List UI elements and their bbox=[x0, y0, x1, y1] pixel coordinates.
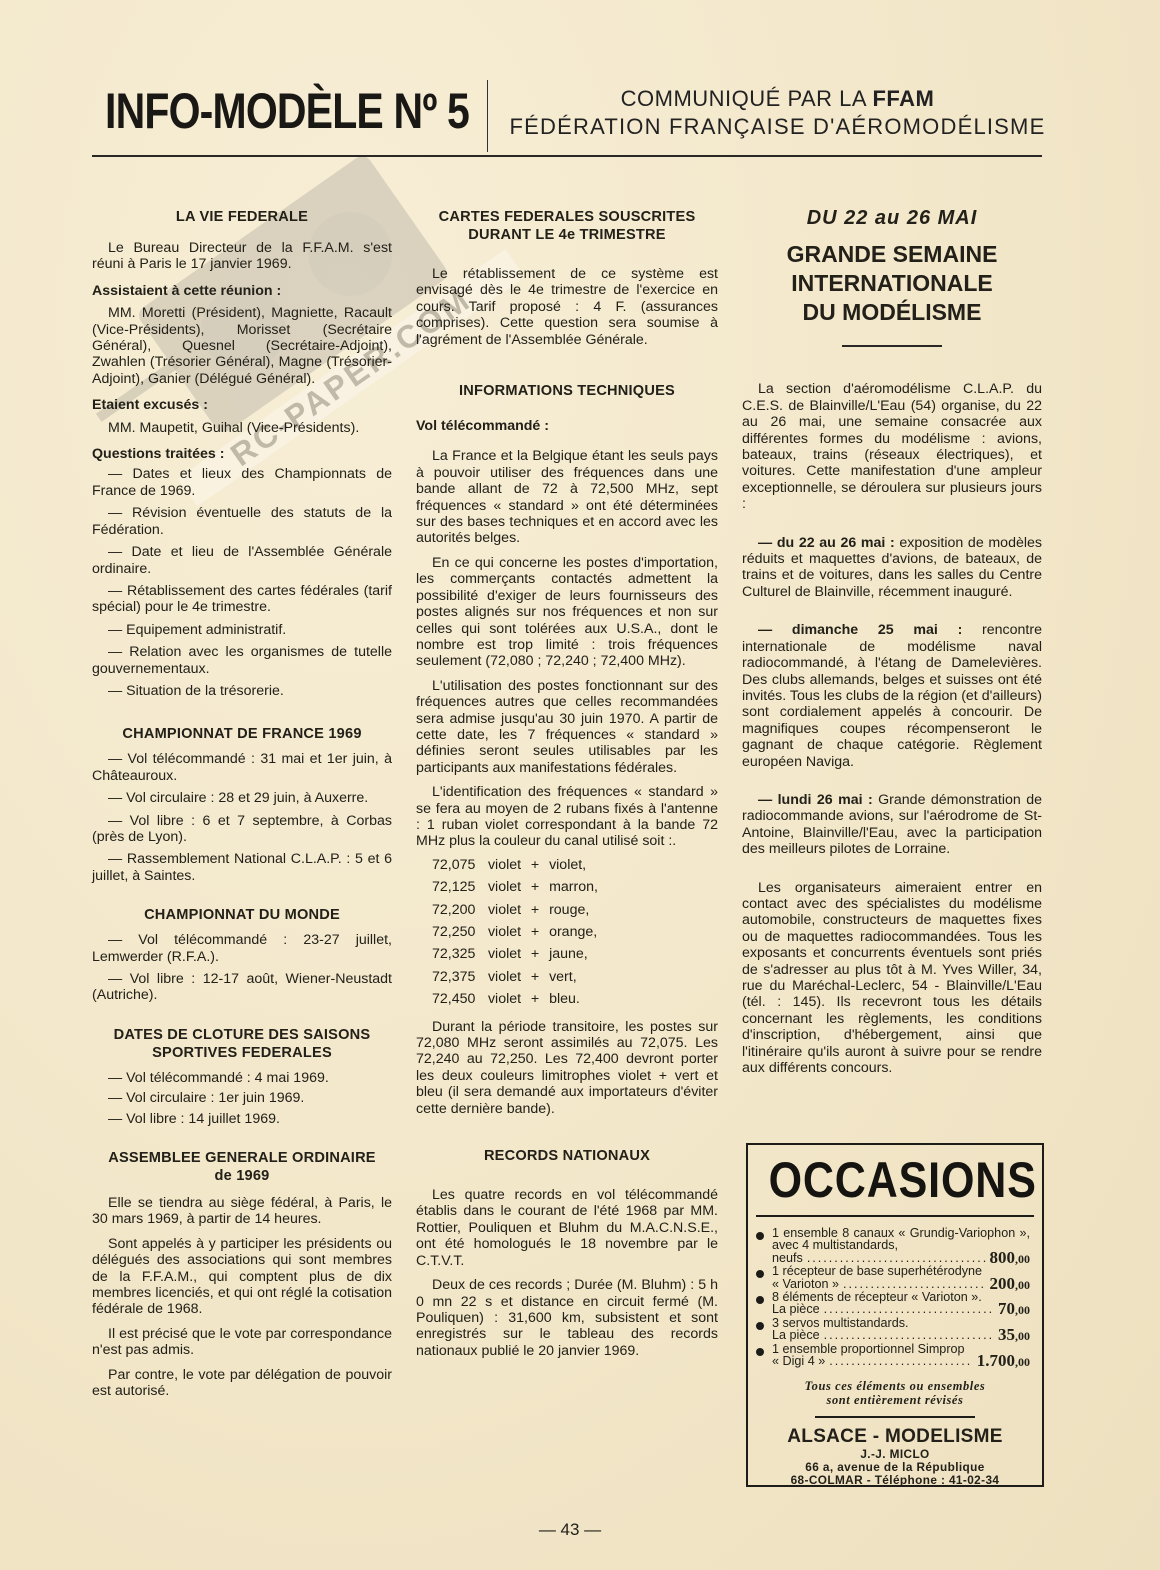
publisher-block: COMMUNIQUÉ PAR LA FFAM FÉDÉRATION FRANÇA… bbox=[500, 86, 1055, 140]
ad-item: 1 récepteur de base superhétérodyne« Var… bbox=[756, 1265, 1030, 1291]
infos-techniques-paragraph: L'utilisation des postes fonctionnant su… bbox=[416, 678, 718, 776]
header-divider bbox=[487, 80, 488, 152]
question-item: — Révision éventuelle des statuts de la … bbox=[92, 505, 392, 538]
section-heading-championnat-monde: CHAMPIONNAT DU MONDE bbox=[92, 906, 392, 924]
page-number: — 43 — bbox=[500, 1520, 640, 1540]
event-item: — du 22 au 26 mai : exposition de modèle… bbox=[742, 535, 1042, 601]
channel-color: vert, bbox=[549, 969, 577, 985]
leader-dots: ........................................… bbox=[829, 1355, 973, 1368]
note-line: sont entièrement révisés bbox=[748, 1394, 1042, 1408]
bullet-icon bbox=[756, 1296, 764, 1304]
records-paragraph: Les quatre records en vol télécommandé é… bbox=[416, 1187, 718, 1269]
dates-cloture-item: — Vol télécommandé : 4 mai 1969. bbox=[92, 1070, 392, 1086]
event-date: — lundi 26 mai : bbox=[758, 792, 873, 808]
championnat-france-list: — Vol télécommandé : 31 mai et 1er juin,… bbox=[92, 751, 392, 884]
plus-sign: + bbox=[521, 943, 549, 965]
header-rule bbox=[92, 155, 1042, 157]
section-heading-assemblee: ASSEMBLEE GENERALE ORDINAIRE de 1969 bbox=[92, 1149, 392, 1185]
leader-dots: ........................................… bbox=[824, 1329, 994, 1342]
base-color: violet bbox=[484, 969, 521, 985]
plus-sign: + bbox=[521, 854, 549, 876]
championnat-france-item: — Vol libre : 6 et 7 septembre, à Corbas… bbox=[92, 813, 392, 846]
event-dates: DU 22 au 26 MAI bbox=[742, 210, 1042, 226]
bullet-icon bbox=[756, 1270, 764, 1278]
frequency-value: 72,200 bbox=[432, 899, 484, 921]
ad-item-price: 200,00 bbox=[990, 1278, 1031, 1291]
event-date: — dimanche 25 mai : bbox=[758, 622, 962, 638]
assistaient-label: Assistaient à cette réunion : bbox=[92, 283, 392, 299]
ad-item-price: 800,00 bbox=[990, 1252, 1031, 1265]
ad-item-price: 35,00 bbox=[998, 1329, 1030, 1342]
frequency-row: 72,250 violet+orange, bbox=[416, 921, 718, 943]
section-heading-vie-federale: LA VIE FEDERALE bbox=[92, 208, 392, 226]
base-color: violet bbox=[484, 902, 521, 918]
ad-item-list: 1 ensemble 8 canaux « Grundig-Variophon … bbox=[756, 1227, 1030, 1368]
assemblee-paragraphs: Elle se tiendra au siège fédéral, à Pari… bbox=[92, 1195, 392, 1399]
frequency-value: 72,125 bbox=[432, 876, 484, 898]
assemblee-paragraph: Elle se tiendra au siège fédéral, à Pari… bbox=[92, 1195, 392, 1228]
championnat-monde-item: — Vol télécommandé : 23-27 juillet, Lemw… bbox=[92, 932, 392, 965]
frequency-row: 72,325 violet+jaune, bbox=[416, 943, 718, 965]
dates-cloture-item: — Vol libre : 14 juillet 1969. bbox=[92, 1111, 392, 1127]
frequency-row: 72,200 violet+rouge, bbox=[416, 899, 718, 921]
event-item: — dimanche 25 mai : rencontre internatio… bbox=[742, 622, 1042, 770]
excuses-text: MM. Maupetit, Guihal (Vice-Présidents). bbox=[92, 420, 392, 436]
column-middle: CARTES FEDERALES SOUSCRITES DURANT LE 4e… bbox=[416, 208, 718, 1359]
publisher-name: FÉDÉRATION FRANÇAISE D'AÉROMODÉLISME bbox=[500, 114, 1055, 140]
section-heading-infos-techniques: INFORMATIONS TECHNIQUES bbox=[416, 382, 718, 400]
ad-item-price: 1.700,00 bbox=[977, 1355, 1030, 1368]
bullet-icon bbox=[756, 1348, 764, 1356]
shop-owner: J.-J. MICLO bbox=[748, 1448, 1042, 1461]
heading-line: DURANT LE 4e TRIMESTRE bbox=[416, 226, 718, 244]
heading-line: CARTES FEDERALES SOUSCRITES bbox=[416, 208, 718, 226]
column-left: LA VIE FEDERALE Le Bureau Directeur de l… bbox=[92, 208, 392, 1400]
championnat-monde-list: — Vol télécommandé : 23-27 juillet, Lemw… bbox=[92, 932, 392, 1004]
ad-item: 3 servos multistandards.La pièce........… bbox=[756, 1317, 1030, 1343]
frequency-value: 72,250 bbox=[432, 921, 484, 943]
dates-cloture-list: — Vol télécommandé : 4 mai 1969.— Vol ci… bbox=[92, 1070, 392, 1127]
ad-item-unit: La pièce bbox=[772, 1303, 820, 1316]
dates-cloture-item: — Vol circulaire : 1er juin 1969. bbox=[92, 1090, 392, 1106]
issue-title: INFO-MODÈLE Nº 5 bbox=[105, 82, 469, 140]
publisher-prefix: COMMUNIQUÉ PAR LA bbox=[621, 86, 873, 111]
records-paragraphs: Les quatre records en vol télécommandé é… bbox=[416, 1187, 718, 1359]
records-paragraph: Deux de ces records ; Durée (M. Bluhm) :… bbox=[416, 1277, 718, 1359]
championnat-france-item: — Vol circulaire : 28 et 29 juin, à Auxe… bbox=[92, 790, 392, 806]
ad-item-unit: « Digi 4 » bbox=[772, 1355, 825, 1368]
vol-telecommande-label: Vol télécommandé : bbox=[416, 418, 718, 434]
plus-sign: + bbox=[521, 966, 549, 988]
section-heading-cartes: CARTES FEDERALES SOUSCRITES DURANT LE 4e… bbox=[416, 208, 718, 244]
ad-item: 1 ensemble 8 canaux « Grundig-Variophon … bbox=[756, 1227, 1030, 1265]
event-title: GRANDE SEMAINE INTERNATIONALE DU MODÉLIS… bbox=[742, 240, 1042, 327]
heading-line: SPORTIVES FEDERALES bbox=[92, 1044, 392, 1062]
transition-text: Durant la période transitoire, les poste… bbox=[416, 1019, 718, 1117]
question-item: — Date et lieu de l'Assemblée Générale o… bbox=[92, 544, 392, 577]
section-heading-records: RECORDS NATIONAUX bbox=[416, 1147, 718, 1165]
assemblee-paragraph: Par contre, le vote par délégation de po… bbox=[92, 1367, 392, 1400]
channel-color: marron, bbox=[549, 879, 598, 895]
ad-title: OCCASIONS bbox=[769, 1151, 1022, 1209]
question-item: — Equipement administratif. bbox=[92, 622, 392, 638]
event-item: — lundi 26 mai : Grande démonstration de… bbox=[742, 792, 1042, 858]
heading-line: ASSEMBLEE GENERALE ORDINAIRE bbox=[92, 1149, 392, 1167]
base-color: violet bbox=[484, 924, 521, 940]
frequency-row: 72,125 violet+marron, bbox=[416, 876, 718, 898]
plus-sign: + bbox=[521, 988, 549, 1010]
magazine-page: RC-PAPER.COM INFO-MODÈLE Nº 5 COMMUNIQUÉ… bbox=[0, 0, 1160, 1570]
cartes-text: Le rétablissement de ce système est envi… bbox=[416, 266, 718, 348]
assistaient-text: MM. Moretti (Président), Magniette, Raca… bbox=[92, 305, 392, 387]
frequency-list: 72,075 violet+violet,72,125 violet+marro… bbox=[416, 854, 718, 1011]
channel-color: bleu. bbox=[549, 991, 580, 1007]
leader-dots: ........................................… bbox=[807, 1252, 986, 1265]
bullet-icon bbox=[756, 1322, 764, 1330]
questions-list: — Dates et lieux des Championnats de Fra… bbox=[92, 466, 392, 699]
channel-color: orange, bbox=[549, 924, 597, 940]
assemblee-paragraph: Sont appelés à y participer les présiden… bbox=[92, 1236, 392, 1318]
championnat-france-item: — Rassemblement National C.L.A.P. : 5 et… bbox=[92, 851, 392, 884]
frequency-value: 72,075 bbox=[432, 854, 484, 876]
infos-techniques-paragraph: La France et la Belgique étant les seuls… bbox=[416, 448, 718, 546]
ad-item-unit: « Varioton » bbox=[772, 1278, 839, 1291]
infos-techniques-paragraphs: La France et la Belgique étant les seuls… bbox=[416, 448, 718, 849]
title-line: INTERNATIONALE bbox=[742, 269, 1042, 298]
section-heading-dates-cloture: DATES DE CLOTURE DES SAISONS SPORTIVES F… bbox=[92, 1026, 392, 1062]
question-item: — Relation avec les organismes de tutell… bbox=[92, 644, 392, 677]
frequency-row: 72,075 violet+violet, bbox=[416, 854, 718, 876]
title-line: GRANDE SEMAINE bbox=[742, 240, 1042, 269]
ad-item: 8 éléments de récepteur « Varioton ».La … bbox=[756, 1291, 1030, 1317]
frequency-value: 72,450 bbox=[432, 988, 484, 1010]
plus-sign: + bbox=[521, 899, 549, 921]
ad-item: 1 ensemble proportionnel Simprop« Digi 4… bbox=[756, 1343, 1030, 1369]
ad-item-price: 70,00 bbox=[998, 1303, 1030, 1316]
publisher-acronym: FFAM bbox=[872, 86, 934, 111]
channel-color: rouge, bbox=[549, 902, 589, 918]
event-closing: Les organisateurs aimeraient entrer en c… bbox=[742, 880, 1042, 1077]
channel-color: jaune, bbox=[549, 946, 588, 962]
base-color: violet bbox=[484, 991, 521, 1007]
championnat-france-item: — Vol télécommandé : 31 mai et 1er juin,… bbox=[92, 751, 392, 784]
events-list: — du 22 au 26 mai : exposition de modèle… bbox=[742, 535, 1042, 880]
ad-rule bbox=[756, 1215, 1034, 1217]
plus-sign: + bbox=[521, 876, 549, 898]
shop-name: ALSACE - MODELISME bbox=[748, 1426, 1042, 1448]
title-line: DU MODÉLISME bbox=[742, 298, 1042, 327]
question-item: — Dates et lieux des Championnats de Fra… bbox=[92, 466, 392, 499]
frequency-row: 72,375 violet+vert, bbox=[416, 966, 718, 988]
assemblee-paragraph: Il est précisé que le vote par correspon… bbox=[92, 1326, 392, 1359]
championnat-monde-item: — Vol libre : 12-17 août, Wiener-Neustad… bbox=[92, 971, 392, 1004]
question-item: — Situation de la trésorerie. bbox=[92, 683, 392, 699]
base-color: violet bbox=[484, 857, 521, 873]
ad-divider bbox=[815, 1416, 975, 1418]
frequency-value: 72,375 bbox=[432, 966, 484, 988]
infos-techniques-paragraph: L'identification des fréquences « standa… bbox=[416, 784, 718, 850]
heading-line: de 1969 bbox=[92, 1167, 392, 1185]
channel-color: violet, bbox=[549, 857, 586, 873]
shop-address: 66 a, avenue de la République bbox=[748, 1461, 1042, 1474]
question-item: — Rétablissement des cartes fédérales (t… bbox=[92, 583, 392, 616]
section-heading-championnat-france: CHAMPIONNAT DE FRANCE 1969 bbox=[92, 725, 392, 743]
note-line: Tous ces éléments ou ensembles bbox=[748, 1380, 1042, 1394]
event-intro: La section d'aéromodélisme C.L.A.P. du C… bbox=[742, 381, 1042, 512]
bullet-icon bbox=[756, 1232, 764, 1240]
ad-note: Tous ces éléments ou ensembles sont enti… bbox=[748, 1380, 1042, 1407]
frequency-row: 72,450 violet+bleu. bbox=[416, 988, 718, 1010]
base-color: violet bbox=[484, 946, 521, 962]
column-right: DU 22 au 26 MAI GRANDE SEMAINE INTERNATI… bbox=[742, 208, 1042, 1076]
frequency-value: 72,325 bbox=[432, 943, 484, 965]
vie-federale-intro: Le Bureau Directeur de la F.F.A.M. s'est… bbox=[92, 240, 392, 273]
plus-sign: + bbox=[521, 921, 549, 943]
occasions-ad: OCCASIONS 1 ensemble 8 canaux « Grundig-… bbox=[746, 1143, 1044, 1487]
leader-dots: ........................................… bbox=[824, 1303, 994, 1316]
questions-label: Questions traitées : bbox=[92, 446, 392, 462]
shop-city-phone: 68-COLMAR - Téléphone : 41-02-34 bbox=[748, 1474, 1042, 1487]
event-date: — du 22 au 26 mai : bbox=[758, 535, 895, 551]
heading-line: DATES DE CLOTURE DES SAISONS bbox=[92, 1026, 392, 1044]
ad-item-unit: neufs bbox=[772, 1252, 803, 1265]
excuses-label: Etaient excusés : bbox=[92, 397, 392, 413]
event-description: rencontre internationale de modélisme na… bbox=[742, 622, 1042, 769]
base-color: violet bbox=[484, 879, 521, 895]
leader-dots: ........................................… bbox=[843, 1278, 986, 1291]
infos-techniques-paragraph: En ce qui concerne les postes d'importat… bbox=[416, 555, 718, 670]
ad-item-unit: La pièce bbox=[772, 1329, 820, 1342]
